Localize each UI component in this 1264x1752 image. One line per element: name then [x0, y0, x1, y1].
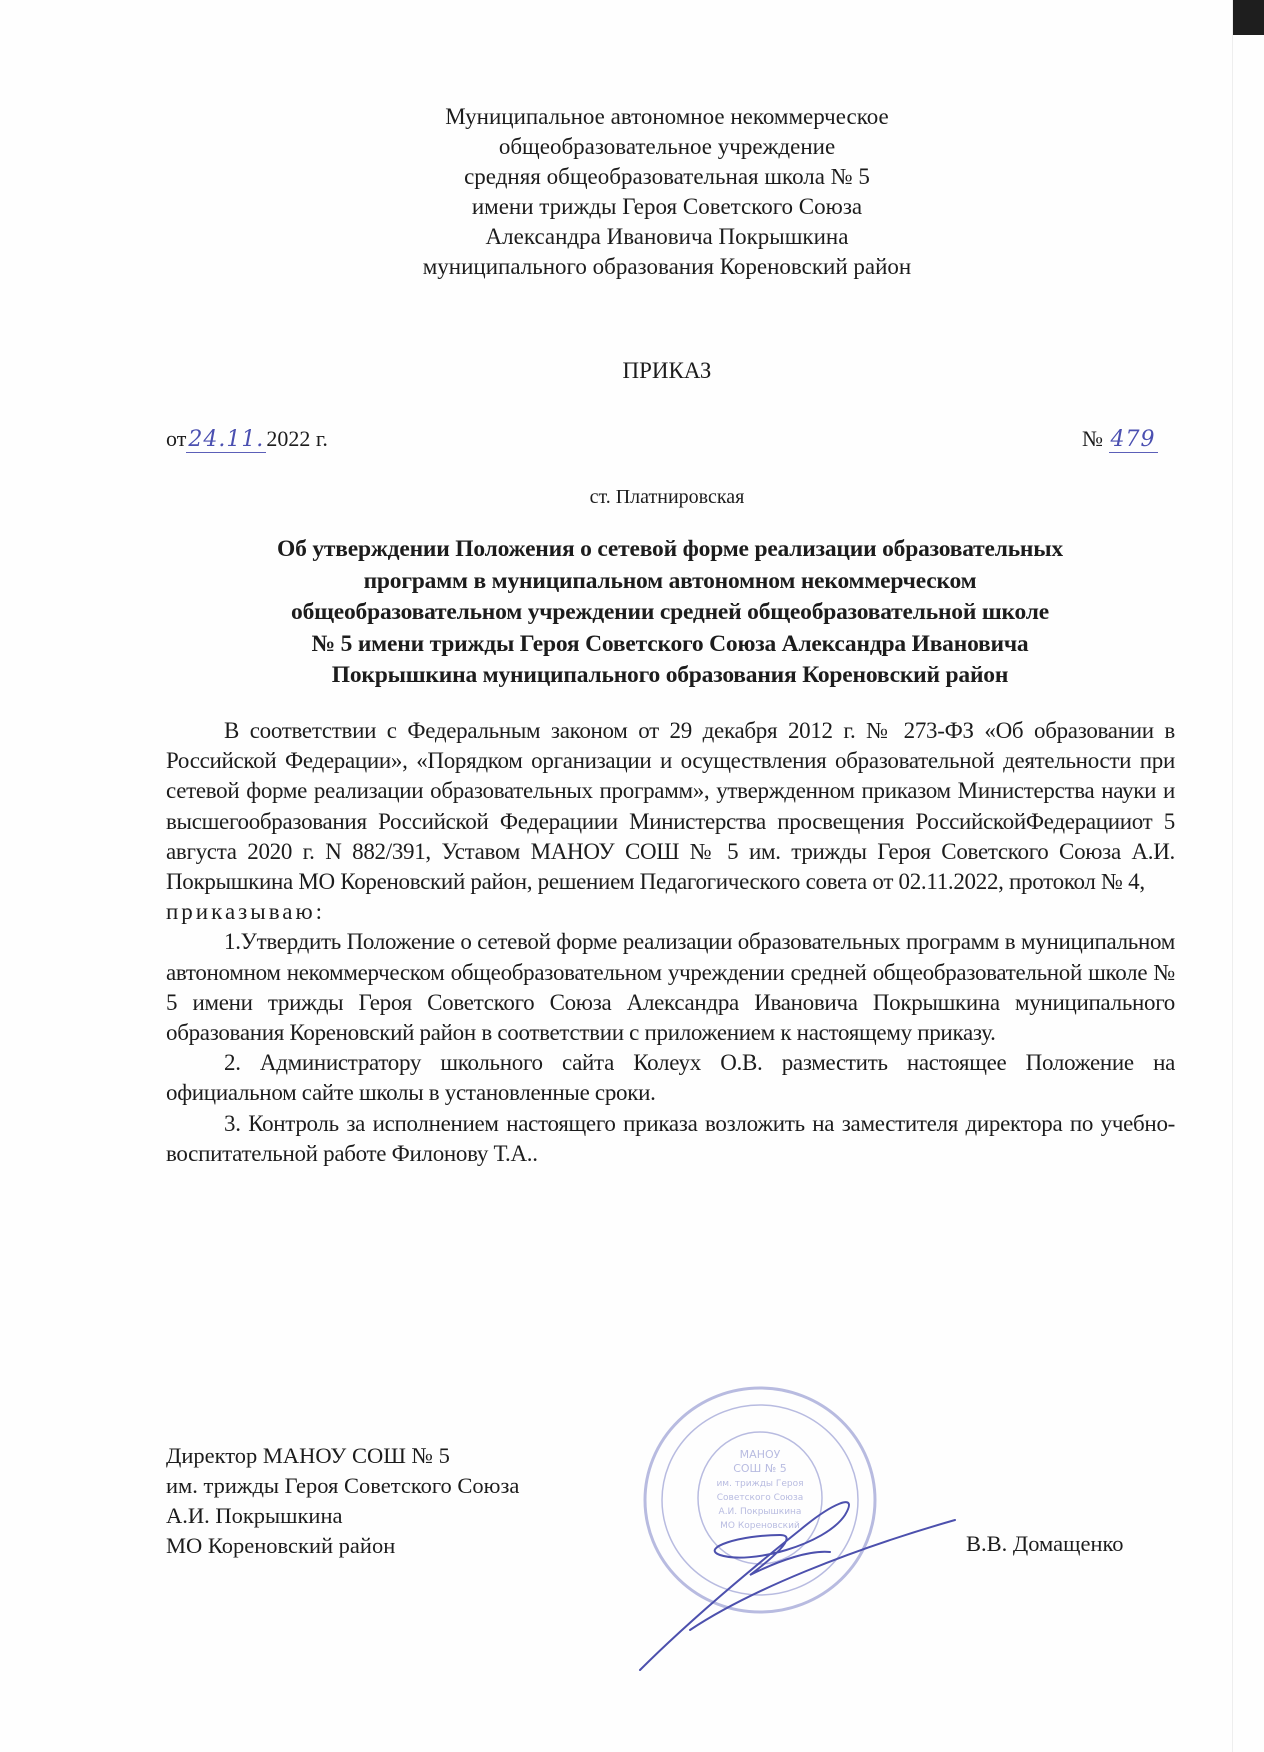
order-item-2: 2. Администратору школьного сайта Колеух…	[166, 1048, 1175, 1108]
order-title: Об утверждении Положения о сетевой форме…	[160, 534, 1180, 692]
order-number: № 479	[1082, 426, 1158, 452]
header-line: Муниципальное автономное некоммерческое	[70, 102, 1264, 132]
header-line: Александра Ивановича Покрышкина	[70, 222, 1264, 252]
title-line: программ в муниципальном автономном неко…	[160, 566, 1180, 598]
order-body: В соответствии с Федеральным законом от …	[166, 716, 1175, 1169]
header-line: средняя общеобразовательная школа № 5	[70, 162, 1264, 192]
header-line: муниципального образования Кореновский р…	[70, 252, 1264, 282]
signature-block: Директор МАНОУ СОШ № 5 им. трижды Героя …	[166, 1441, 519, 1561]
order-date: от24.11.2022 г.	[166, 426, 328, 452]
handwritten-signature-icon	[630, 1480, 960, 1680]
signature-line: Директор МАНОУ СОШ № 5	[166, 1441, 519, 1471]
signature-line: МО Кореновский район	[166, 1531, 519, 1561]
number-prefix: №	[1082, 426, 1103, 451]
signature-line: им. трижды Героя Советского Союза	[166, 1471, 519, 1501]
title-line: Об утверждении Положения о сетевой форме…	[160, 534, 1180, 566]
place-of-issue: ст. Платнировская	[0, 486, 1264, 509]
document-type: ПРИКАЗ	[0, 358, 1264, 384]
order-item-3: 3. Контроль за исполнением настоящего пр…	[166, 1109, 1175, 1169]
svg-text:МАНОУ: МАНОУ	[740, 1448, 781, 1461]
signature-line: А.И. Покрышкина	[166, 1501, 519, 1531]
svg-text:СОШ № 5: СОШ № 5	[733, 1462, 787, 1475]
header-line: общеобразовательное учреждение	[70, 132, 1264, 162]
title-line: № 5 имени трижды Героя Советского Союза …	[160, 629, 1180, 661]
title-line: общеобразовательном учреждении средней о…	[160, 597, 1180, 629]
handwritten-number: 479	[1109, 427, 1158, 453]
preamble-paragraph: В соответствии с Федеральным законом от …	[166, 716, 1175, 897]
institution-header: Муниципальное автономное некоммерческое …	[0, 102, 1264, 282]
header-line: имени трижды Героя Советского Союза	[70, 192, 1264, 222]
date-year: 2022 г.	[266, 426, 328, 451]
handwritten-date: 24.11.	[186, 427, 266, 453]
signer-name: В.В. Домащенко	[966, 1531, 1124, 1557]
order-word: приказываю:	[166, 897, 1175, 927]
scan-corner-artifact	[1233, 0, 1264, 35]
date-prefix: от	[166, 426, 186, 451]
order-item-1: 1.Утвердить Положение о сетевой форме ре…	[166, 927, 1175, 1048]
title-line: Покрышкина муниципального образования Ко…	[160, 660, 1180, 692]
